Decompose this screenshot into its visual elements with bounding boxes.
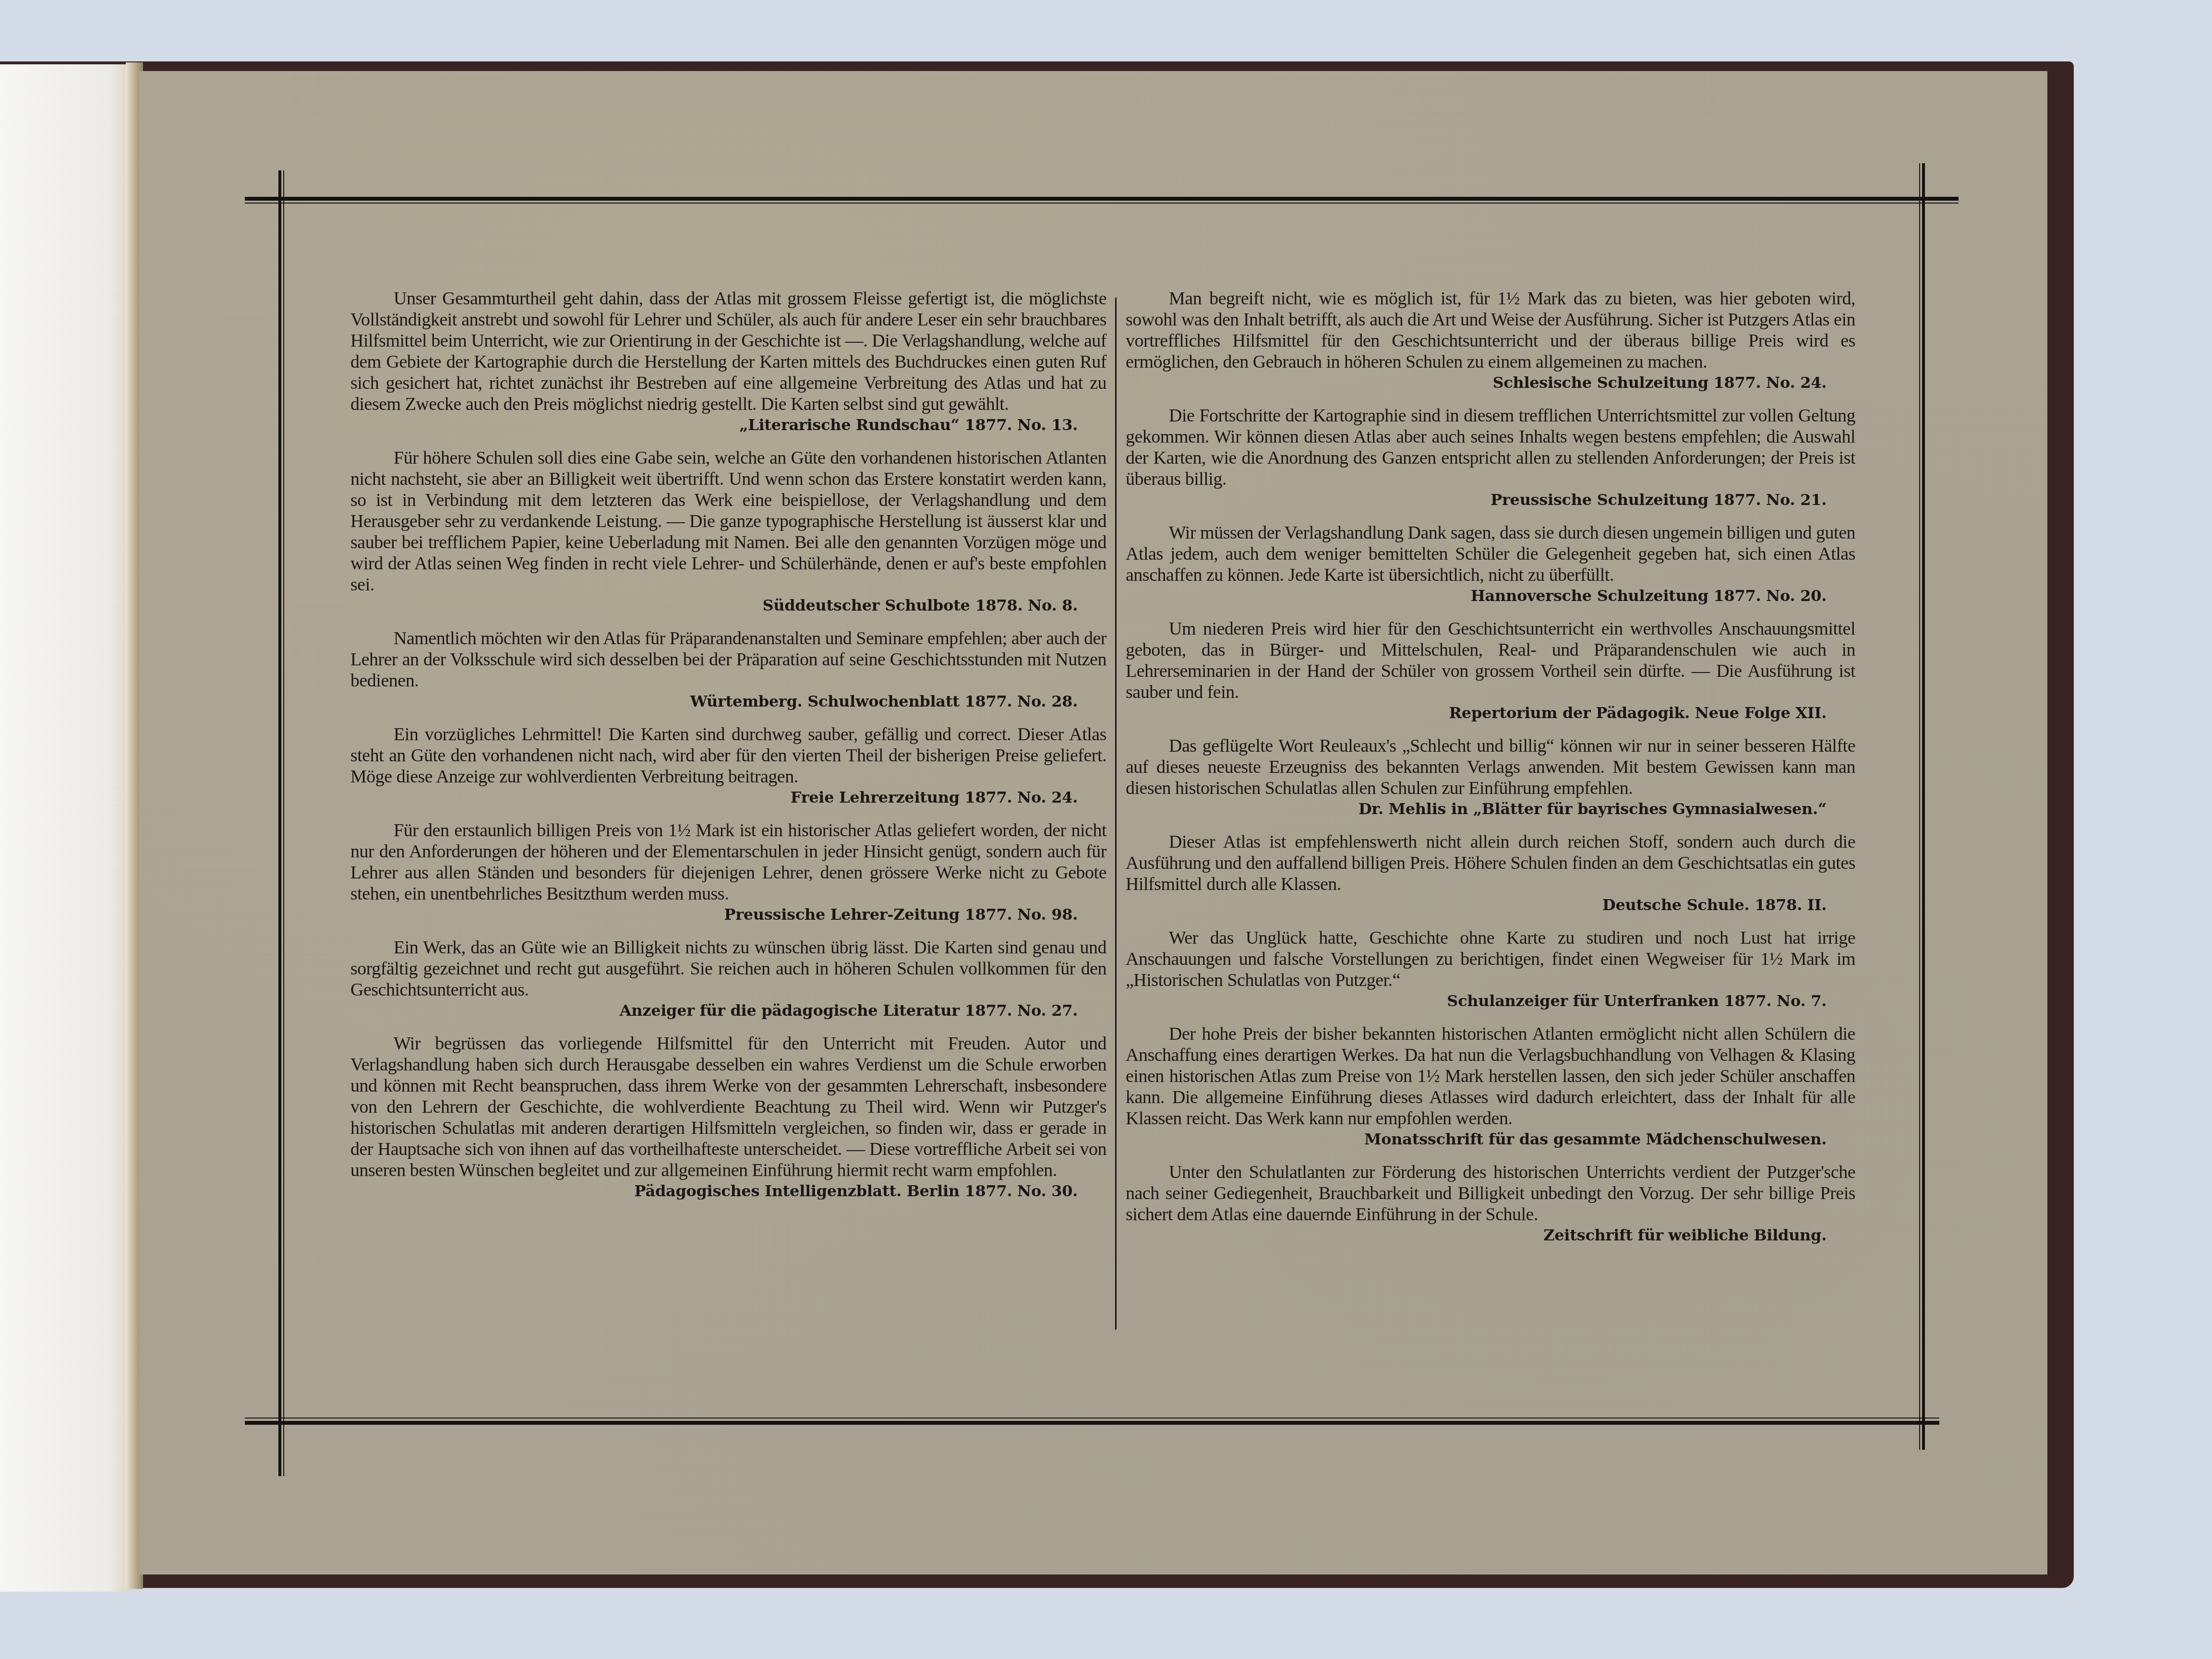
review-source: Schlesische Schulzeitung 1877. No. 24. (1126, 373, 1855, 393)
right-column: Man begreift nicht, wie es möglich ist, … (1126, 288, 1855, 1258)
review-text: Wer das Unglück hatte, Geschichte ohne K… (1126, 927, 1855, 991)
review-source: Monatsschrift für das gesammte Mädchensc… (1126, 1129, 1855, 1149)
review-source: Würtemberg. Schulwochenblatt 1877. No. 2… (350, 691, 1106, 711)
review-block: Man begreift nicht, wie es möglich ist, … (1126, 288, 1855, 393)
frame-right-rule-thin (1919, 163, 1920, 1450)
review-block: Für den erstaunlich billigen Preis von 1… (350, 820, 1106, 925)
frame-right-rule (1922, 163, 1925, 1450)
review-text: Das geflügelte Wort Reuleaux's „Schlecht… (1126, 735, 1855, 799)
frame-top-rule-thin (245, 203, 1959, 204)
review-text: Der hohe Preis der bisher bekannten hist… (1126, 1023, 1855, 1129)
review-block: Unter den Schulatlanten zur Förderung de… (1126, 1162, 1855, 1245)
review-source: Preussische Schulzeitung 1877. No. 21. (1126, 490, 1855, 510)
frame-left-rule-thin (283, 170, 284, 1476)
review-block: Der hohe Preis der bisher bekannten hist… (1126, 1023, 1855, 1149)
review-source: Freie Lehrerzeitung 1877. No. 24. (350, 787, 1106, 807)
review-source: Süddeutscher Schulbote 1878. No. 8. (350, 595, 1106, 615)
review-text: Für den erstaunlich billigen Preis von 1… (350, 820, 1106, 904)
review-text: Namentlich möchten wir den Atlas für Prä… (350, 628, 1106, 691)
review-source: Dr. Mehlis in „Blätter für bayrisches Gy… (1126, 799, 1855, 819)
frame-left-rule (278, 170, 281, 1476)
review-text: Für höhere Schulen soll dies eine Gabe s… (350, 447, 1106, 595)
review-text: Ein Werk, das an Güte wie an Billigkeit … (350, 937, 1106, 1000)
review-text: Dieser Atlas ist empfehlenswerth nicht a… (1126, 831, 1855, 895)
review-block: Unser Gesammturtheil geht dahin, dass de… (350, 288, 1106, 435)
review-text: Unter den Schulatlanten zur Förderung de… (1126, 1162, 1855, 1225)
review-text: Wir müssen der Verlagshandlung Dank sage… (1126, 522, 1855, 586)
review-block: Die Fortschritte der Kartographie sind i… (1126, 405, 1855, 510)
review-source: „Literarische Rundschau“ 1877. No. 13. (350, 415, 1106, 435)
review-text: Man begreift nicht, wie es möglich ist, … (1126, 288, 1855, 373)
review-source: Repertorium der Pädagogik. Neue Folge XI… (1126, 703, 1855, 723)
review-source: Pädagogisches Intelligenzblatt. Berlin 1… (350, 1181, 1106, 1201)
review-text: Unser Gesammturtheil geht dahin, dass de… (350, 288, 1106, 415)
review-source: Preussische Lehrer-Zeitung 1877. No. 98. (350, 904, 1106, 925)
review-text: Um niederen Preis wird hier für den Gesc… (1126, 618, 1855, 703)
review-block: Ein Werk, das an Güte wie an Billigkeit … (350, 937, 1106, 1021)
review-block: Ein vorzügliches Lehrmittel! Die Karten … (350, 724, 1106, 807)
review-block: Das geflügelte Wort Reuleaux's „Schlecht… (1126, 735, 1855, 819)
review-text: Ein vorzügliches Lehrmittel! Die Karten … (350, 724, 1106, 787)
review-block: Für höhere Schulen soll dies eine Gabe s… (350, 447, 1106, 615)
review-block: Wer das Unglück hatte, Geschichte ohne K… (1126, 927, 1855, 1011)
left-column: Unser Gesammturtheil geht dahin, dass de… (350, 288, 1106, 1214)
review-source: Deutsche Schule. 1878. II. (1126, 895, 1855, 915)
column-divider (1115, 298, 1117, 1330)
review-block: Wir müssen der Verlagshandlung Dank sage… (1126, 522, 1855, 606)
review-text: Wir begrüssen das vorliegende Hilfsmitte… (350, 1033, 1106, 1181)
review-block: Namentlich möchten wir den Atlas für Prä… (350, 628, 1106, 711)
review-block: Wir begrüssen das vorliegende Hilfsmitte… (350, 1033, 1106, 1201)
frame-bottom-rule-thin (245, 1418, 1939, 1419)
frame-top-rule (245, 197, 1959, 201)
review-source: Hannoversche Schulzeitung 1877. No. 20. (1126, 586, 1855, 606)
facing-blank-page (0, 61, 130, 1592)
review-block: Dieser Atlas ist empfehlenswerth nicht a… (1126, 831, 1855, 915)
review-source: Anzeiger für die pädagogische Literatur … (350, 1000, 1106, 1021)
review-text: Die Fortschritte der Kartographie sind i… (1126, 405, 1855, 490)
review-source: Zeitschrift für weibliche Bildung. (1126, 1225, 1855, 1245)
review-source: Schulanzeiger für Unterfranken 1877. No.… (1126, 991, 1855, 1011)
review-block: Um niederen Preis wird hier für den Gesc… (1126, 618, 1855, 723)
frame-bottom-rule (245, 1421, 1939, 1425)
